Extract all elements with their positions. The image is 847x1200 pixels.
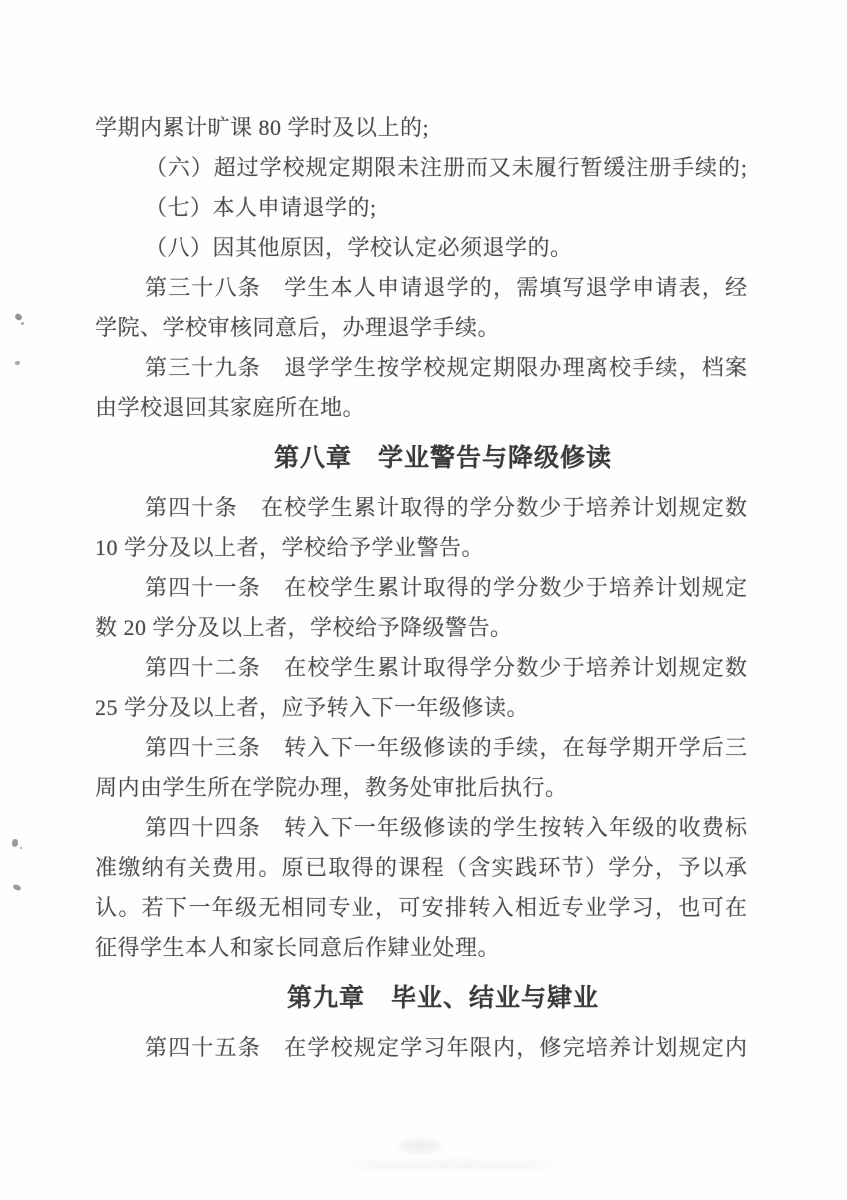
scan-smudge [398,1139,442,1153]
text-line: 第四十条 在校学生累计取得的学分数少于培养计划规定数 [95,488,747,528]
text-line: 征得学生本人和家长同意后作肄业处理。 [95,928,747,968]
scan-smudge [350,1161,560,1169]
chapter-heading-9: 第九章 毕业、结业与肄业 [117,968,769,1028]
text-line: 第四十四条 转入下一年级修读的学生按转入年级的收费标 [95,808,747,848]
document-page: 学期内累计旷课 80 学时及以上的; （六）超过学校规定期限未注册而又未履行暂缓… [0,0,847,1200]
ink-speck [21,322,24,325]
text-line: 周内由学生所在学院办理，教务处审批后执行。 [95,768,747,808]
text-line: 准缴纳有关费用。原已取得的课程（含实践环节）学分，予以承 [95,848,747,888]
text-line: 数 20 学分及以上者，学校给予降级警告。 [95,608,747,648]
ink-speck [12,884,21,892]
text-line: 第四十二条 在校学生累计取得学分数少于培养计划规定数 [95,648,747,688]
text-line: 认。若下一年级无相同专业，可安排转入相近专业学习，也可在 [95,888,747,928]
text-line: 10 学分及以上者，学校给予学业警告。 [95,528,747,568]
page-text-block: 学期内累计旷课 80 学时及以上的; （六）超过学校规定期限未注册而又未履行暂缓… [95,108,747,1068]
text-line: 学期内累计旷课 80 学时及以上的; [95,108,747,148]
text-line: 学院、学校审核同意后，办理退学手续。 [95,308,747,348]
text-line: 第四十五条 在学校规定学习年限内，修完培养计划规定内 [95,1028,747,1068]
text-line: （六）超过学校规定期限未注册而又未履行暂缓注册手续的; [95,148,747,188]
text-line: 25 学分及以上者，应予转入下一年级修读。 [95,688,747,728]
chapter-heading-8: 第八章 学业警告与降级修读 [117,428,769,488]
text-line: 由学校退回其家庭所在地。 [95,388,747,428]
ink-speck [20,847,22,849]
ink-speck [15,360,21,365]
text-line: 第三十九条 退学学生按学校规定期限办理离校手续，档案 [95,348,747,388]
ink-speck [11,839,18,848]
text-line: （七）本人申请退学的; [95,188,747,228]
ink-speck [14,312,23,321]
text-line: （八）因其他原因，学校认定必须退学的。 [95,228,747,268]
text-line: 第四十三条 转入下一年级修读的手续，在每学期开学后三 [95,728,747,768]
text-line: 第四十一条 在校学生累计取得的学分数少于培养计划规定 [95,568,747,608]
text-line: 第三十八条 学生本人申请退学的，需填写退学申请表，经 [95,268,747,308]
